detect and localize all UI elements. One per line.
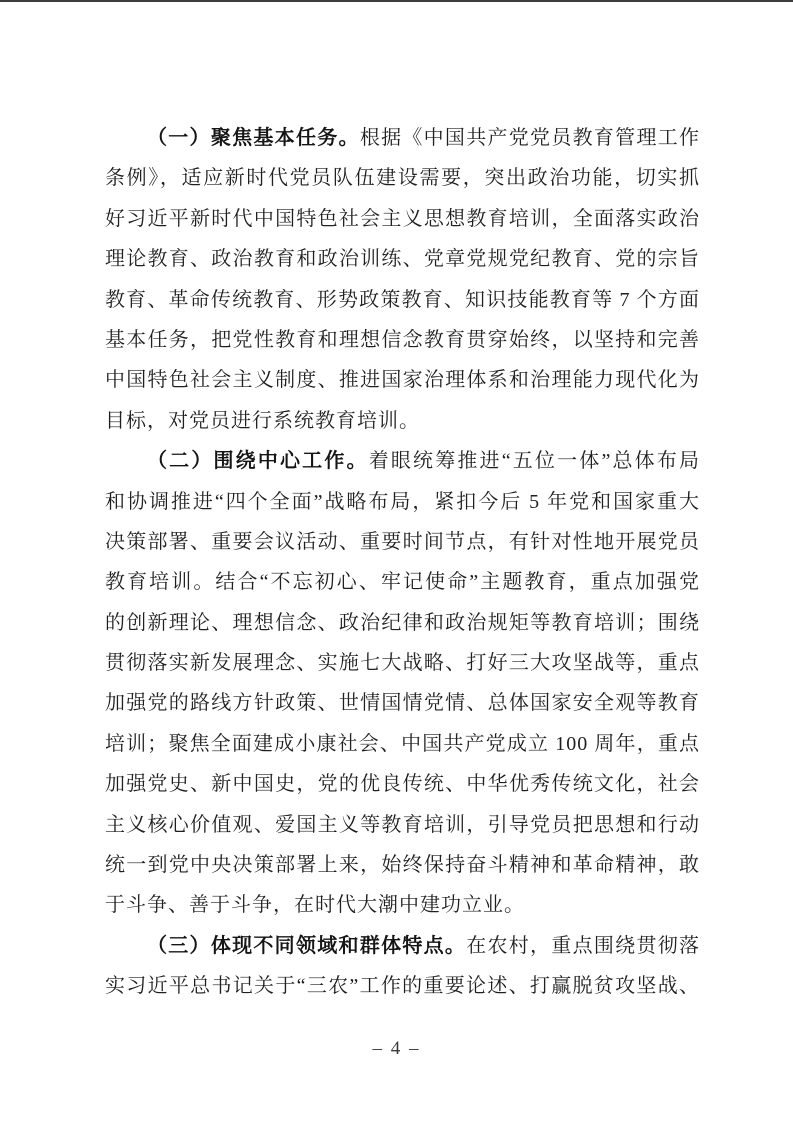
paragraph-heading: （三）体现不同领域和群体特点。 xyxy=(147,935,466,957)
text-line: 理论教育、政治教育和政治训练、党章党规党纪教育、党的宗旨 xyxy=(105,239,700,279)
text-line: 好习近平新时代中国特色社会主义思想教育培训，全面落实政治 xyxy=(105,199,700,239)
text-line: 和协调推进“四个全面”战略布局，紧扣今后 5 年党和国家重大 xyxy=(105,482,700,522)
page-top-edge xyxy=(0,0,793,2)
paragraph-heading: （一）聚焦基本任务。 xyxy=(147,127,360,149)
page-footer: – 4 – xyxy=(0,1038,793,1060)
document-body: （一）聚焦基本任务。根据《中国共产党党员教育管理工作条例》，适应新时代党员队伍建… xyxy=(105,118,700,1007)
text-line: 主义核心价值观、爱国主义等教育培训，引导党员把思想和行动 xyxy=(105,805,700,845)
text-line: 目标，对党员进行系统教育培训。 xyxy=(105,401,700,441)
text-line: 教育、革命传统教育、形势政策教育、知识技能教育等 7 个方面 xyxy=(105,280,700,320)
text-line: 实习近平总书记关于“三农”工作的重要论述、打赢脱贫攻坚战、 xyxy=(105,966,700,1006)
text-line: 贯彻落实新发展理念、实施七大战略、打好三大攻坚战等，重点 xyxy=(105,643,700,683)
text-line: 教育培训。结合“不忘初心、牢记使命”主题教育，重点加强党 xyxy=(105,562,700,602)
text-line: 统一到党中央决策部署上来，始终保持奋斗精神和革命精神，敢 xyxy=(105,845,700,885)
text-line: 的创新理论、理想信念、政治纪律和政治规矩等教育培训；围绕 xyxy=(105,603,700,643)
text-line: 于斗争、善于斗争，在时代大潮中建功立业。 xyxy=(105,885,700,925)
text-line: 培训；聚焦全面建成小康社会、中国共产党成立 100 周年，重点 xyxy=(105,724,700,764)
paragraph-text: 在农村，重点围绕贯彻落 xyxy=(466,935,700,957)
text-line: 加强党史、新中国史，党的优良传统、中华优秀传统文化，社会 xyxy=(105,764,700,804)
paragraph-text: 着眼统筹推进“五位一体”总体布局 xyxy=(369,450,700,472)
text-line: 条例》，适应新时代党员队伍建设需要，突出政治功能，切实抓 xyxy=(105,158,700,198)
text-line: （一）聚焦基本任务。根据《中国共产党党员教育管理工作 xyxy=(105,118,700,158)
page-number: – 4 – xyxy=(373,1038,421,1059)
text-line: 基本任务，把党性教育和理想信念教育贯穿始终，以坚持和完善 xyxy=(105,320,700,360)
text-line: 中国特色社会主义制度、推进国家治理体系和治理能力现代化为 xyxy=(105,360,700,400)
document-page: （一）聚焦基本任务。根据《中国共产党党员教育管理工作条例》，适应新时代党员队伍建… xyxy=(0,0,793,1122)
paragraph-heading: （二）围绕中心工作。 xyxy=(147,450,369,472)
paragraph-text: 根据《中国共产党党员教育管理工作 xyxy=(360,127,700,149)
text-line: （二）围绕中心工作。着眼统筹推进“五位一体”总体布局 xyxy=(105,441,700,481)
text-line: 加强党的路线方针政策、世情国情党情、总体国家安全观等教育 xyxy=(105,683,700,723)
text-line: （三）体现不同领域和群体特点。在农村，重点围绕贯彻落 xyxy=(105,926,700,966)
text-line: 决策部署、重要会议活动、重要时间节点，有针对性地开展党员 xyxy=(105,522,700,562)
